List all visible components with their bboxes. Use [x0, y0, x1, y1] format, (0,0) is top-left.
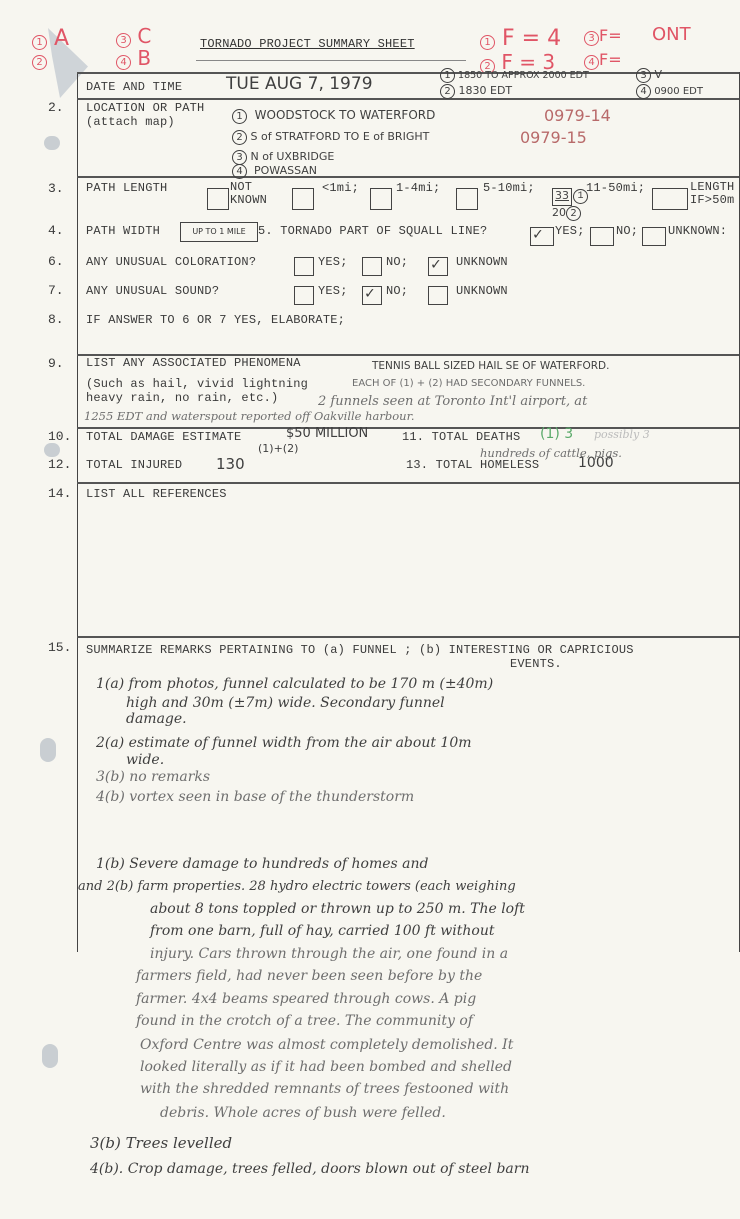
phenomena-sublabel: (Such as hail, vivid lightning: [86, 377, 308, 391]
path-length-checkbox[interactable]: [652, 188, 688, 210]
punch-hole: [44, 136, 60, 150]
coloration-unknown-checkbox[interactable]: [428, 257, 448, 276]
time-value-2: 2 1830 EDT: [440, 84, 512, 99]
path-width-value[interactable]: UP TO 1 MILE: [180, 222, 258, 242]
path-length-label: PATH LENGTH: [86, 181, 167, 195]
remarks-label: SUMMARIZE REMARKS PERTAINING TO (a) FUNN…: [86, 643, 634, 657]
option-label: NO;: [616, 224, 638, 238]
item-number: 4.: [48, 223, 64, 238]
remark-line: with the shredded remnants of trees fest…: [140, 1078, 509, 1100]
item-number: 14.: [48, 486, 71, 501]
homeless-value: 1000: [578, 455, 614, 471]
page-title: TORNADO PROJECT SUMMARY SHEET: [200, 37, 415, 51]
deaths-note: possibly 3: [594, 428, 650, 441]
item-number: 2.: [48, 100, 64, 115]
divider: [77, 176, 740, 178]
punch-hole: [40, 738, 56, 762]
remark-line: 3(b) no remarks: [96, 766, 210, 788]
remark-line: farmers field, had never been seen befor…: [136, 965, 482, 987]
option-label: 11-50mi;: [586, 181, 645, 195]
path-length-checkbox[interactable]: [370, 188, 392, 210]
path-width-label: PATH WIDTH: [86, 224, 160, 238]
province-annotation: ONT: [652, 24, 691, 45]
phenomena-note: TENNIS BALL SIZED HAIL SE OF WATERFORD.: [372, 360, 609, 372]
divider: [77, 636, 740, 638]
location-sublabel: (attach map): [86, 115, 175, 129]
location-label: LOCATION OR PATH: [86, 101, 204, 115]
item-number: 8.: [48, 312, 64, 327]
event-code: 0979-15: [520, 128, 587, 147]
remark-line: 4(b). Crop damage, trees felled, doors b…: [90, 1158, 529, 1180]
sound-no-checkbox[interactable]: [362, 286, 382, 305]
code-annotations-left: 1 A: [32, 26, 69, 51]
sound-label: ANY UNUSUAL SOUND?: [86, 284, 219, 298]
phenomena-sublabel: heavy rain, no rain, etc.): [86, 391, 278, 405]
sound-yes-checkbox[interactable]: [294, 286, 314, 305]
location-entry: 3 N of UXBRIDGE: [232, 150, 334, 165]
code-annotation-3: 3 C: [116, 24, 151, 48]
squall-yes-checkbox[interactable]: [530, 227, 554, 246]
phenomena-note: EACH OF (1) + (2) HAD SECONDARY FUNNELS.: [352, 378, 585, 389]
option-label: NO;: [386, 284, 408, 298]
punch-hole: [44, 443, 60, 457]
location-entry: 2 S of STRATFORD TO E of BRIGHT: [232, 130, 429, 145]
path-length-checkbox[interactable]: [207, 188, 229, 210]
option-label: UNKNOWN:: [668, 224, 727, 238]
phenomena-note: 1255 EDT and waterspout reported off Oak…: [84, 409, 414, 423]
item-number: 7.: [48, 283, 64, 298]
squall-unknown-checkbox[interactable]: [642, 227, 666, 246]
remark-line: injury. Cars thrown through the air, one…: [150, 943, 508, 965]
sound-unknown-checkbox[interactable]: [428, 286, 448, 305]
option-label: NOT KNOWN: [230, 181, 264, 207]
f-scale-3: 3F=: [584, 26, 622, 46]
code-annotation-4: 4 B: [116, 46, 151, 70]
squall-no-checkbox[interactable]: [590, 227, 614, 246]
option-label: YES;: [318, 255, 348, 269]
deaths-value: (1) 3: [540, 426, 573, 442]
remark-line: damage.: [126, 708, 187, 730]
homeless-label: 13. TOTAL HOMELESS: [406, 458, 539, 472]
remark-line: farmer. 4x4 beams speared through cows. …: [136, 988, 476, 1010]
option-label: YES;: [555, 224, 585, 238]
divider: [77, 482, 740, 484]
remark-line: 1(b) Severe damage to hundreds of homes …: [96, 853, 429, 875]
remark-line: Oxford Centre was almost completely demo…: [140, 1034, 513, 1056]
date-value: TUE AUG 7, 1979: [226, 74, 373, 94]
item-number: 15.: [48, 640, 71, 655]
references-label: LIST ALL REFERENCES: [86, 487, 227, 501]
elaborate-label: IF ANSWER TO 6 OR 7 YES, ELABORATE;: [86, 313, 345, 327]
date-time-label: DATE AND TIME: [86, 80, 182, 94]
item-number: 6.: [48, 254, 64, 269]
f-scale-4: 4F=: [584, 50, 622, 70]
option-label: 1-4mi;: [396, 181, 440, 195]
phenomena-note: 2 funnels seen at Toronto Int'l airport,…: [318, 394, 587, 409]
remark-line: and 2(b) farm properties. 28 hydro elect…: [78, 876, 516, 898]
item-number: 10.: [48, 429, 71, 444]
event-code: 0979-14: [544, 106, 611, 125]
item-number: 9.: [48, 356, 64, 371]
remarks-label-cont: EVENTS.: [510, 657, 562, 671]
option-label: <1mi;: [322, 181, 359, 195]
coloration-yes-checkbox[interactable]: [294, 257, 314, 276]
phenomena-label: LIST ANY ASSOCIATED PHENOMENA: [86, 356, 301, 370]
squall-line-label: 5. TORNADO PART OF SQUALL LINE?: [258, 224, 487, 238]
f-scale-1: 1 F = 4: [480, 26, 561, 51]
option-label: LENGTH IF>50m: [690, 181, 740, 207]
time-value-4: 4 0900 EDT: [636, 84, 703, 99]
remark-line: 3(b) Trees levelled: [90, 1132, 232, 1154]
path-length-value-1[interactable]: 33: [552, 188, 572, 206]
remark-line: found in the crotch of a tree. The commu…: [136, 1010, 473, 1032]
remark-line: 4(b) vortex seen in base of the thunders…: [96, 786, 414, 808]
option-label: 5-10mi;: [483, 181, 535, 195]
damage-label: TOTAL DAMAGE ESTIMATE: [86, 430, 241, 444]
damage-value: $50 MILLION: [286, 426, 368, 441]
location-entry: 1 WOODSTOCK TO WATERFORD: [232, 108, 435, 124]
remark-line: looked literally as if it had been bombe…: [140, 1056, 512, 1078]
item-number: 12.: [48, 457, 71, 472]
option-label: UNKNOWN: [456, 255, 508, 269]
summary-sheet: 1 A 2 3 C 4 B TORNADO PROJECT SUMMARY SH…: [0, 0, 740, 1219]
location-entry: 4 POWASSAN: [232, 164, 317, 179]
damage-note: (1)+(2): [258, 442, 298, 455]
option-label: NO;: [386, 255, 408, 269]
option-label: UNKNOWN: [456, 284, 508, 298]
remark-line: from one barn, full of hay, carried 100 …: [150, 920, 494, 942]
coloration-label: ANY UNUSUAL COLORATION?: [86, 255, 256, 269]
coloration-no-checkbox[interactable]: [362, 257, 382, 276]
option-label: YES;: [318, 284, 348, 298]
remark-line: about 8 tons toppled or thrown up to 250…: [150, 898, 525, 920]
left-border: [77, 72, 78, 952]
remark-line: debris. Whole acres of bush were felled.: [160, 1102, 446, 1124]
path-length-value-2: 202: [552, 206, 581, 221]
time-value-1: 1 1850 TO APPROX 2000 EDT: [440, 68, 589, 83]
divider: [196, 60, 466, 61]
injured-value: 130: [216, 455, 245, 473]
punch-hole: [42, 1044, 58, 1068]
path-length-checkbox[interactable]: [456, 188, 478, 210]
deaths-label: 11. TOTAL DEATHS: [402, 430, 520, 444]
code-annotation-2: 2: [32, 50, 47, 70]
time-value-3: 3 V: [636, 68, 662, 83]
item-number: 3.: [48, 181, 64, 196]
injured-label: TOTAL INJURED: [86, 458, 182, 472]
path-length-checkbox[interactable]: [292, 188, 314, 210]
